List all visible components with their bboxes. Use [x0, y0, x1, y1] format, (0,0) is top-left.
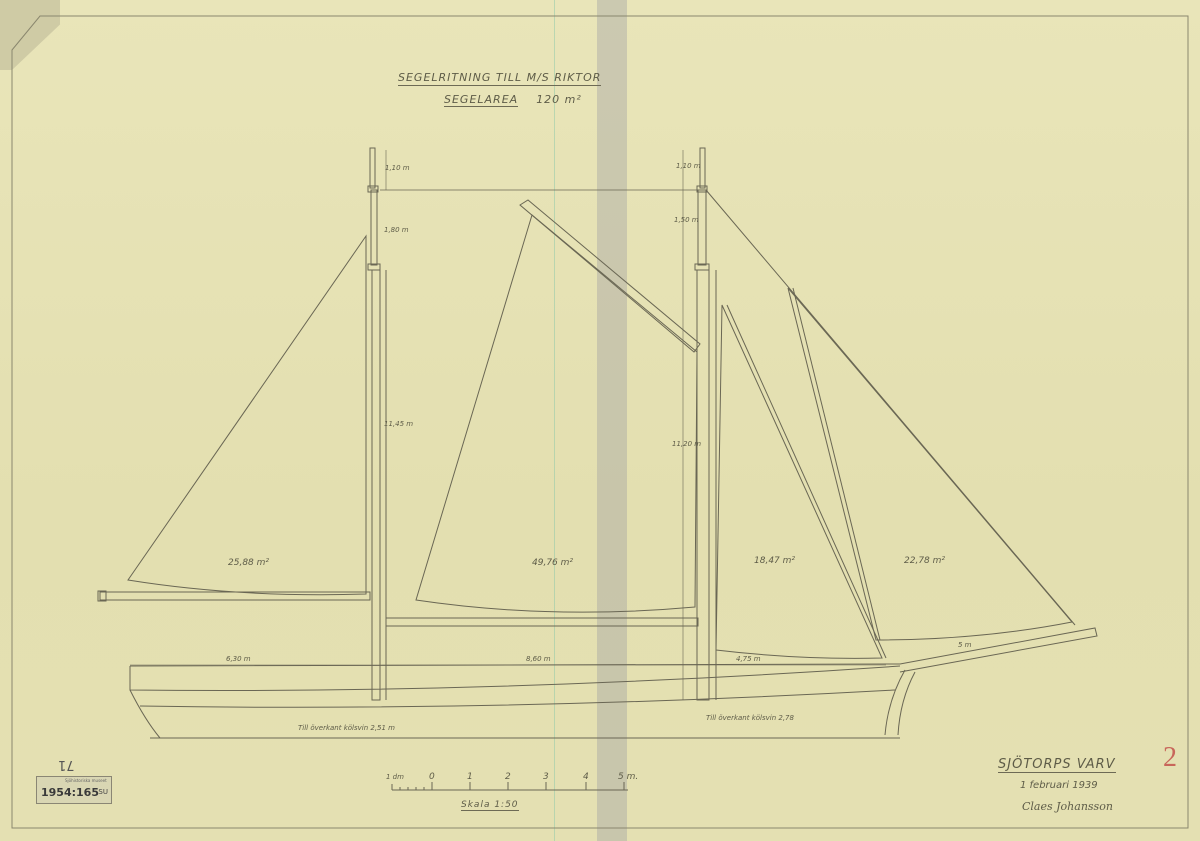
sail-area-mizzen: 25,88 m² — [228, 558, 269, 568]
staysail — [716, 305, 882, 658]
drawing-title: SEGELRITNING TILL M/S RIKTOR — [398, 71, 601, 86]
sheet-number: 2 — [1163, 742, 1177, 774]
mizzen-sail — [128, 236, 366, 595]
sail-area-staysail: 18,47 m² — [754, 556, 795, 566]
sail-area-value: 120 m² — [536, 93, 582, 106]
sail-area-main: 49,76 m² — [532, 558, 573, 568]
scale-tick-4: 4 — [583, 772, 589, 782]
foremast — [695, 148, 716, 700]
keel-note-aft: Till överkant kölsvin 2,51 m — [298, 724, 395, 732]
main-sail — [416, 215, 697, 612]
sail-area-total: SEGELAREA 120 m² — [444, 93, 582, 106]
scale-tick-5m: 5 m. — [618, 772, 638, 782]
mid-length-dim: 8,60 m — [526, 655, 551, 663]
stamp-prefix: SU — [98, 788, 108, 796]
archive-stamp: Sjöhistoriska museet 1954:165 SU — [36, 776, 112, 804]
stamp-number: 1954:165 — [41, 786, 99, 799]
scale-label: Skala 1:50 — [461, 800, 519, 811]
scale-tick-dm: 1 dm — [386, 773, 404, 781]
foremast-upper-dim: 1,50 m — [674, 216, 699, 224]
scale-tick-2: 2 — [505, 772, 511, 782]
hull-sheer — [130, 666, 900, 691]
aft-length-dim: 6,30 m — [226, 655, 251, 663]
mainmast-top-dim: 1,10 m — [385, 164, 410, 172]
foremast-top-dim: 1,10 m — [676, 162, 701, 170]
scale-bar — [392, 782, 628, 790]
stern — [130, 690, 160, 738]
mainmast-height-dim: 11,45 m — [384, 420, 413, 428]
scale-tick-3: 3 — [543, 772, 549, 782]
fore-length-dim: 4,75 m — [736, 655, 761, 663]
mainmast-upper-dim: 1,80 m — [384, 226, 409, 234]
archive-mark: 71 — [58, 757, 75, 772]
sail-area-jib: 22,78 m² — [904, 556, 945, 566]
sail-plan-drawing — [0, 0, 1200, 841]
stem — [885, 670, 915, 735]
signature: Claes Johansson — [1022, 800, 1113, 813]
scale-tick-1: 1 — [467, 772, 473, 782]
scale-tick-0: 0 — [429, 772, 435, 782]
foremast-height-dim: 11,20 m — [672, 440, 701, 448]
drawing-date: 1 februari 1939 — [1020, 780, 1098, 791]
gaff — [520, 200, 700, 352]
jib — [788, 288, 1072, 640]
drawing-sheet: SEGELRITNING TILL M/S RIKTOR SEGELAREA 1… — [0, 0, 1200, 841]
keel-note-fore: Till överkant kölsvin 2,78 — [706, 714, 794, 722]
bowsprit-dim: 5 m — [958, 641, 972, 649]
stamp-header: Sjöhistoriska museet — [65, 778, 107, 783]
sail-area-label: SEGELAREA — [444, 93, 518, 107]
shipyard-name: SJÖTORPS VARV — [998, 757, 1116, 773]
main-boom — [386, 618, 698, 626]
mizzen-boom — [100, 592, 370, 600]
